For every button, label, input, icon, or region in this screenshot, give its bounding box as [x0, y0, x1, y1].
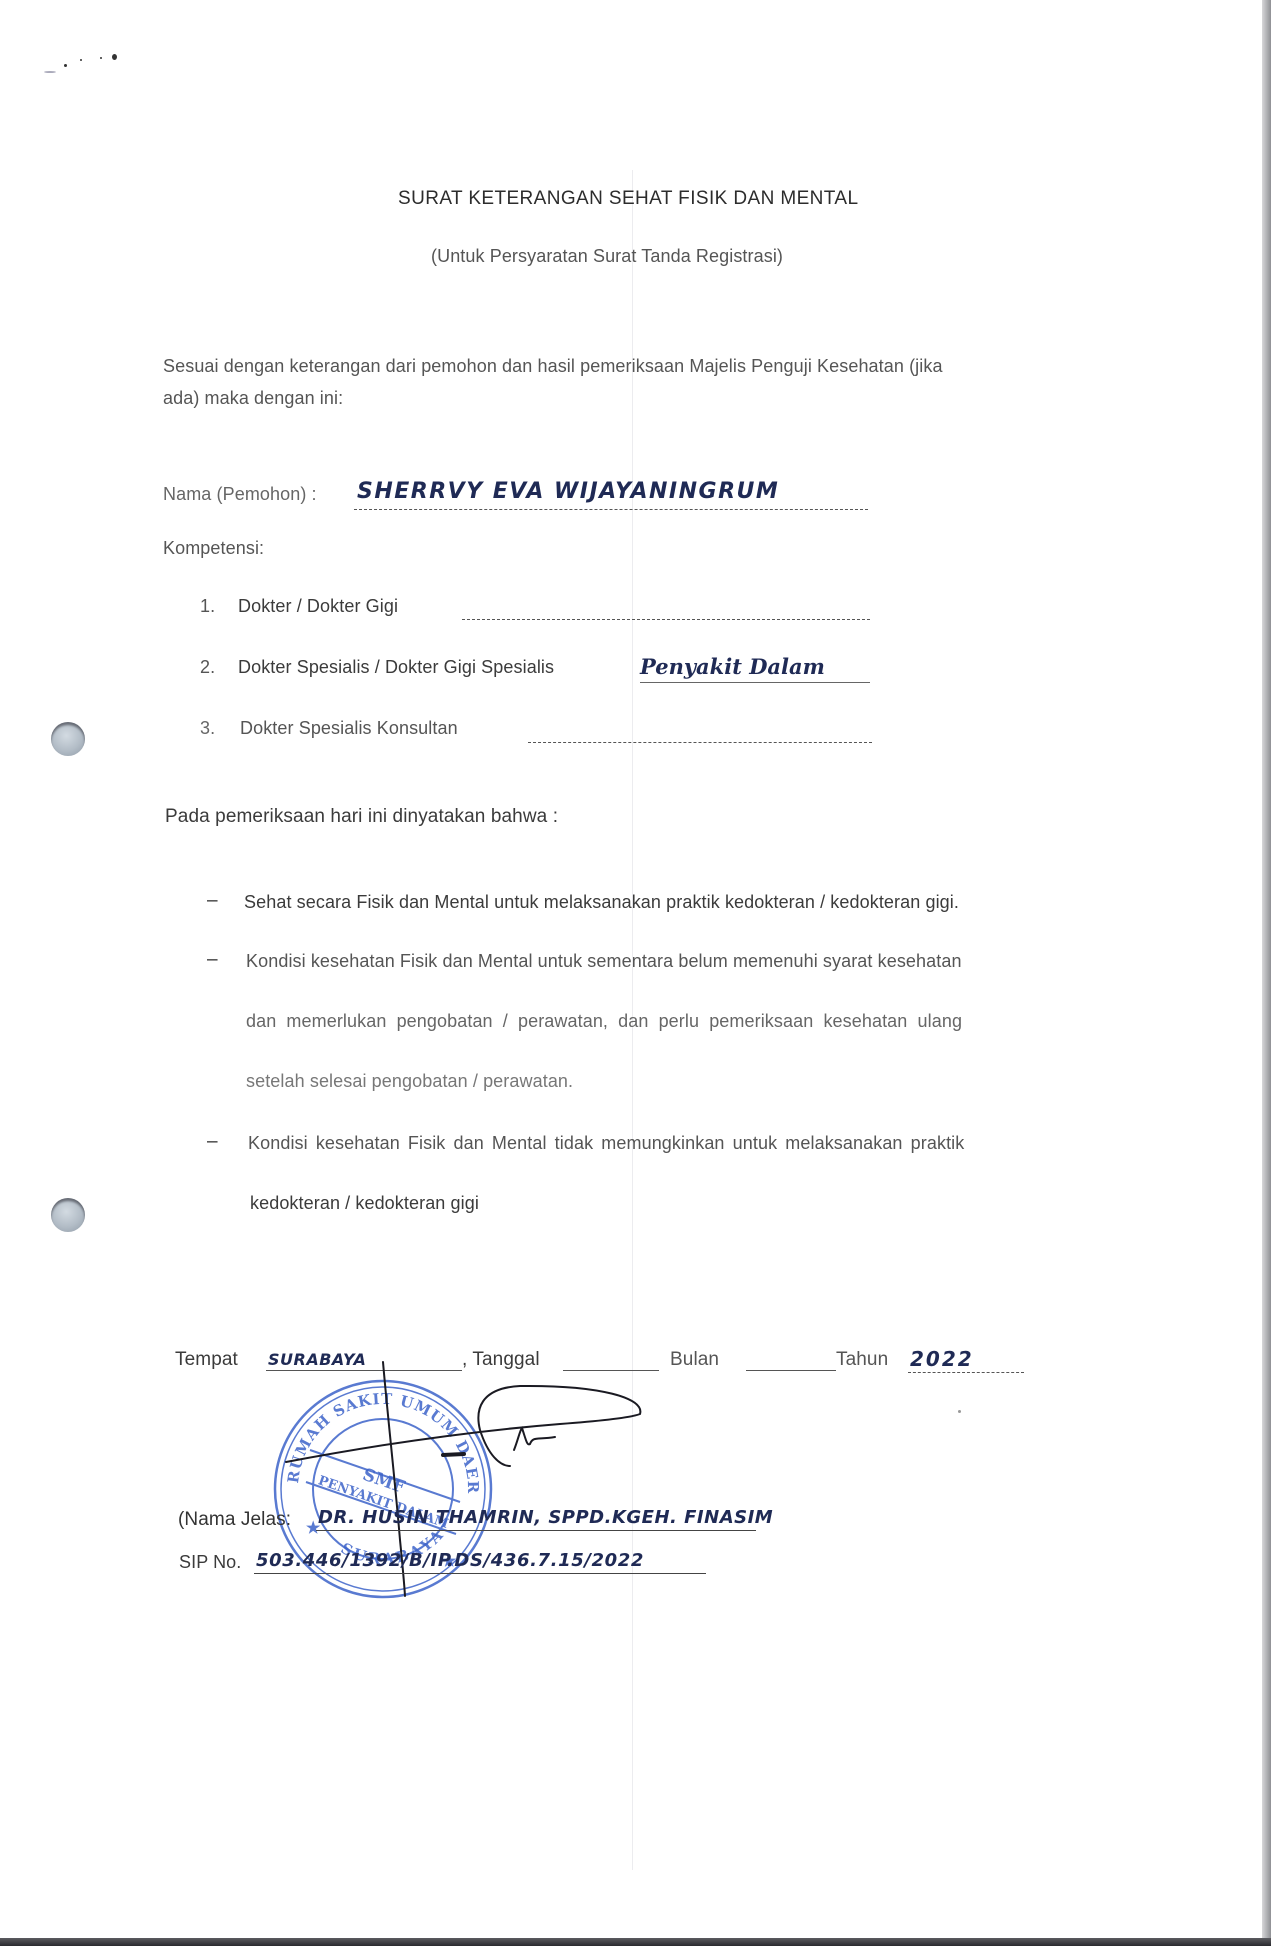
signer-name-underline [316, 1530, 756, 1531]
scan-edge-bottom [0, 1938, 1271, 1946]
sip-underline [254, 1573, 706, 1574]
signer-name-value[interactable]: DR. HUSIN THAMRIN, SPPD.KGEH. FINASIM [318, 1507, 773, 1528]
scan-edge-right [1262, 0, 1271, 1946]
signature [0, 0, 1271, 1946]
sip-label: SIP No. [179, 1552, 241, 1573]
scanned-page: SURAT KETERANGAN SEHAT FISIK DAN MENTAL … [0, 0, 1262, 1938]
scan-speck [958, 1410, 961, 1413]
sip-value[interactable]: 503.446/1392/B/IP.DS/436.7.15/2022 [256, 1550, 644, 1571]
signer-name-label: (Nama Jelas: [178, 1509, 291, 1531]
